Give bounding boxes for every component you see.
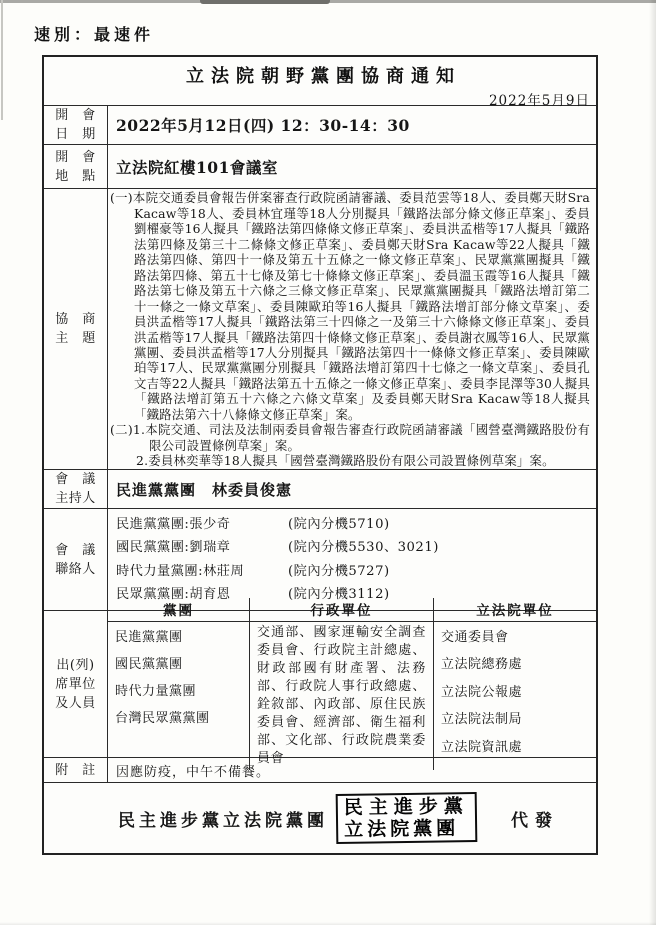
stamp-line1: 民主進步黨 xyxy=(344,795,469,819)
topic-item-2-2: 2.委員林奕華等18人擬具「國營臺灣鐵路股份有限公司設置條例草案」案。 xyxy=(110,453,590,468)
signature-row: 民主進步黨立法院黨團 民主進步黨 立法院黨團 代發 xyxy=(44,782,596,853)
attendees-admin-cell: 交通部、國家運輸安全調查委員會、行政院主計總處、財政部國有財產署、法務部、行政院… xyxy=(250,622,434,771)
topic-label: 協 商 主 題 xyxy=(44,189,108,469)
meeting-place-label-line1: 開 會 xyxy=(55,148,96,167)
party-group-item: 時代力量黨團 xyxy=(115,678,244,705)
scan-artifact-right-shadow xyxy=(649,0,656,925)
attendees-column-header-party: 黨團 xyxy=(108,598,250,622)
meeting-place-value: 立法院紅樓101會議室 xyxy=(108,156,596,178)
contacts-row: 會 議 聯絡人 民進黨黨團:張少奇 (院內分機5710) 國民黨黨團:劉瑞章 (… xyxy=(44,508,596,610)
contacts-label: 會 議 聯絡人 xyxy=(44,509,108,610)
attendees-party-cell: 民進黨黨團 國民黨黨團 時代力量黨團 台灣民眾黨黨團 xyxy=(108,622,250,771)
speed-classification-label: 速別：最速件 xyxy=(34,22,154,45)
meeting-date-row: 開 會 日 期 2022年5月12日(四) 12：30-14：30 xyxy=(44,105,596,144)
note-label-text: 附 註 xyxy=(55,761,96,780)
issued-on-behalf-label: 代發 xyxy=(511,806,559,831)
ly-unit-item: 立法院法制局 xyxy=(441,706,591,734)
admin-units-text: 交通部、國家運輸安全調查委員會、行政院主計總處、財政部國有財產署、法務部、行政院… xyxy=(257,624,428,769)
meeting-place-label-line2: 地 點 xyxy=(55,167,96,186)
contact-name: 民進黨黨團:張少奇 xyxy=(116,513,288,537)
stamp-line2: 立法院黨團 xyxy=(344,817,469,841)
contacts-label-line1: 會 議 xyxy=(55,541,96,560)
topic-label-line1: 協 商 xyxy=(55,310,96,329)
attendees-ly-cell: 交通委員會 立法院總務處 立法院公報處 立法院法制局 立法院資訊處 xyxy=(434,622,596,771)
topic-row: 協 商 主 題 (一)本院交通委員會報告併案審查行政院函請審議、委員范雲等18人… xyxy=(44,188,596,469)
note-label: 附 註 xyxy=(44,758,108,782)
attendees-label-line2: 席單位 xyxy=(55,675,96,694)
meeting-date-label-line2: 日 期 xyxy=(55,125,96,144)
topic-body: (一)本院交通委員會報告併案審查行政院函請審議、委員范雲等18人、委員鄭天財Sr… xyxy=(108,187,596,470)
signature-block: 民主進步黨立法院黨團 民主進步黨 立法院黨團 代發 xyxy=(44,793,596,843)
title-row: 立法院朝野黨團協商通知 2022年5月9日 xyxy=(44,57,596,105)
meeting-date-value: 2022年5月12日(四) 12：30-14：30 xyxy=(108,114,596,136)
meeting-date-label-line1: 開 會 xyxy=(55,106,96,125)
meeting-date-label: 開 會 日 期 xyxy=(44,106,108,144)
ly-unit-list: 交通委員會 立法院總務處 立法院公報處 立法院法制局 立法院資訊處 xyxy=(441,624,591,762)
chair-label-line2: 主持人 xyxy=(55,489,96,508)
contact-extension: (院內分機5727) xyxy=(288,560,390,584)
party-caucus-stamp: 民主進步黨 立法院黨團 xyxy=(336,792,478,844)
meeting-place-row: 開 會 地 點 立法院紅樓101會議室 xyxy=(44,144,596,188)
issuer-name: 民主進步黨立法院黨團 xyxy=(118,806,328,831)
ly-unit-item: 交通委員會 xyxy=(441,624,591,652)
contact-line: 民進黨黨團:張少奇 (院內分機5710) xyxy=(116,513,596,537)
attendees-label-line3: 及人員 xyxy=(55,694,96,713)
attendees-column-header-ly: 立法院單位 xyxy=(434,598,596,622)
party-group-item: 國民黨黨團 xyxy=(115,651,244,678)
chair-label: 會 議 主持人 xyxy=(44,470,108,508)
ly-unit-item: 立法院資訊處 xyxy=(441,734,591,762)
chair-row: 會 議 主持人 民進黨黨團 林委員俊憲 xyxy=(44,469,596,508)
ly-unit-item: 立法院公報處 xyxy=(441,679,591,707)
contact-name: 國民黨黨團:劉瑞章 xyxy=(116,536,288,560)
contacts-label-line2: 聯絡人 xyxy=(55,560,96,579)
attendees-label: 出(列) 席單位 及人員 xyxy=(44,611,108,757)
scan-artifact-top-smudge xyxy=(200,0,330,4)
contact-line: 國民黨黨團:劉瑞章 (院內分機5530、3021) xyxy=(116,536,596,560)
attendees-label-line1: 出(列) xyxy=(56,656,94,675)
party-group-item: 台灣民眾黨黨團 xyxy=(115,705,244,732)
contact-extension: (院內分機5710) xyxy=(288,513,390,537)
chair-value: 民進黨黨團 林委員俊憲 xyxy=(108,479,596,500)
contacts-list: 民進黨黨團:張少奇 (院內分機5710) 國民黨黨團:劉瑞章 (院內分機5530… xyxy=(108,511,596,609)
contact-name: 時代力量黨團:林莊周 xyxy=(116,560,288,584)
attendees-table: 黨團 行政單位 立法院單位 民進黨黨團 國民黨黨團 時代力量黨團 台灣民眾黨黨團… xyxy=(108,598,596,771)
contact-extension: (院內分機5530、3021) xyxy=(288,536,439,560)
document-title: 立法院朝野黨團協商通知 xyxy=(44,57,596,88)
ly-unit-item: 立法院總務處 xyxy=(441,651,591,679)
chair-label-line1: 會 議 xyxy=(55,470,96,489)
note-row: 附 註 因應防疫，中午不備餐。 xyxy=(44,757,596,782)
topic-item-2-1: (二)1.本院交通、司法及法制兩委員會報告審查行政院函請審議「國營臺灣鐵路股份有… xyxy=(110,422,590,453)
attendees-column-header-admin: 行政單位 xyxy=(250,598,434,622)
contact-line: 時代力量黨團:林莊周 (院內分機5727) xyxy=(116,560,596,584)
attendees-row: 出(列) 席單位 及人員 黨團 行政單位 立法院單位 民進黨黨團 國民黨黨團 時… xyxy=(44,610,596,757)
meeting-place-label: 開 會 地 點 xyxy=(44,145,108,188)
notice-table: 立法院朝野黨團協商通知 2022年5月9日 開 會 日 期 2022年5月12日… xyxy=(42,55,598,855)
party-group-item: 民進黨黨團 xyxy=(115,624,244,651)
party-group-list: 民進黨黨團 國民黨黨團 時代力量黨團 台灣民眾黨黨團 xyxy=(115,624,244,732)
note-value: 因應防疫，中午不備餐。 xyxy=(108,761,596,780)
topic-label-line2: 主 題 xyxy=(55,329,96,348)
scan-artifact-left-edge xyxy=(1,0,3,120)
topic-item-1: (一)本院交通委員會報告併案審查行政院函請審議、委員范雲等18人、委員鄭天財Sr… xyxy=(110,190,590,422)
